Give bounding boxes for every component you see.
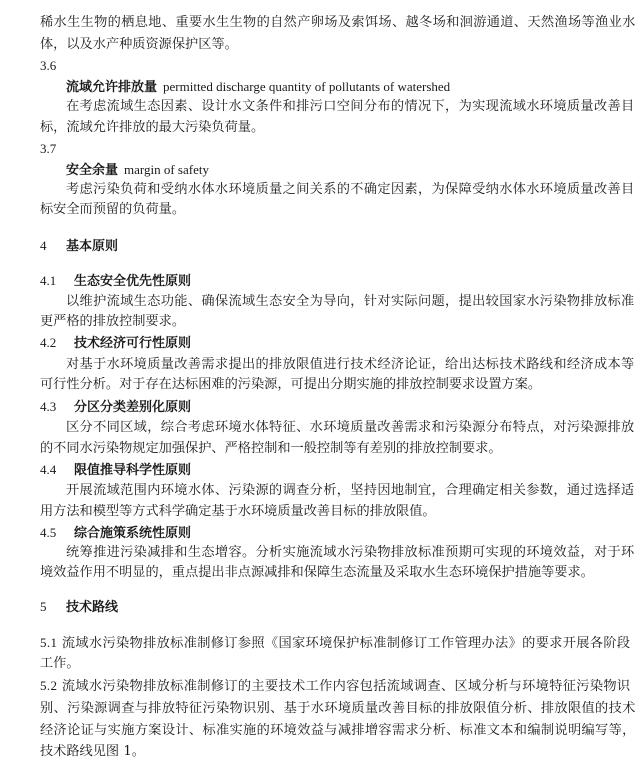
section-heading: 4基本原则: [40, 236, 118, 256]
paragraph-line: 开展流域范围内环境水体、污染源的调查分析，坚持因地制宜，合理确定相关参数，通过选…: [66, 481, 635, 501]
subsection-heading: 4.5综合施策系统性原则: [40, 523, 191, 543]
section-title: 技术路线: [66, 600, 118, 615]
item-line: 5.1 流域水污染物排放标准制修订参照《国家环境保护标准制修订工作管理办法》的要…: [40, 633, 630, 653]
paragraph-line: 稀水生生物的栖息地、重要水生生物的自然产卵场及索饵场、越冬场和洄游通道、天然渔场…: [40, 13, 636, 33]
section-number: 4: [40, 236, 66, 256]
subsection-title: 分区分类差别化原则: [74, 400, 191, 415]
subsection-heading: 4.1生态安全优先性原则: [40, 271, 191, 291]
paragraph-line: 可行性分析。对于存在达标困难的污染源，可提出分期实施的排放控制要求设置方案。: [40, 375, 541, 395]
term-cn: 流域允许排放量: [66, 80, 157, 95]
item-line: 别、污染源调查与排放特征污染物识别、基于水环境质量改善目标的排放限值分析、排放限…: [40, 699, 636, 719]
section-heading: 5技术路线: [40, 597, 118, 617]
item-line: 工作。: [40, 654, 80, 674]
section-title: 基本原则: [66, 239, 118, 254]
paragraph-line: 体，以及水产种质资源保护区等。: [40, 35, 238, 55]
term-en: permitted discharge quantity of pollutan…: [163, 79, 450, 94]
paragraph-line: 对基于水环境质量改善需求提出的排放限值进行技术经济论证，给出达标技术路线和经济成…: [66, 355, 635, 375]
item-line: 经济论证与实施方案设计、标准实施的环境效益与减排增容需求分析、标准文本和编制说明…: [40, 721, 636, 741]
subsection-heading: 4.2技术经济可行性原则: [40, 333, 191, 353]
subsection-heading: 4.3分区分类差别化原则: [40, 397, 191, 417]
paragraph-line: 的不同水污染物规定加强保护、严格控制和一般控制等有差别的排放控制要求。: [40, 439, 502, 459]
subsection-number: 4.5: [40, 523, 74, 543]
definition-line: 标安全而预留的负荷量。: [40, 200, 185, 220]
paragraph-line: 区分不同区域，综合考虑环境水体特征、水环境质量改善需求和污染源分布特点，对污染源…: [66, 418, 635, 438]
item-number: 5.1: [40, 635, 57, 650]
paragraph-line: 境效益作用不明显的，重点提出非点源减排和保障生态流量及采取水生态环境保护措施等要…: [40, 563, 594, 583]
subsection-number: 4.4: [40, 460, 74, 480]
item-text: 流域水污染物排放标准制修订参照《国家环境保护标准制修订工作管理办法》的要求开展各…: [62, 636, 631, 651]
term-en: margin of safety: [124, 162, 209, 177]
section-number: 5: [40, 597, 66, 617]
paragraph-line: 更严格的排放控制要求。: [40, 312, 185, 332]
item-number: 5.2: [40, 678, 57, 693]
subsection-number: 4.3: [40, 397, 74, 417]
paragraph-line: 用方法和模型等方式科学确定基于水环境质量改善目标的排放限值。: [40, 502, 436, 522]
subsection-heading: 4.4限值推导科学性原则: [40, 460, 191, 480]
paragraph-line: 统筹推进污染减排和生态增容。分析实施流域水污染物排放标准预期可实现的环境效益，对…: [66, 543, 635, 563]
term-heading: 安全余量margin of safety: [66, 160, 209, 180]
term-number: 3.6: [40, 56, 56, 76]
paragraph-line: 以维护流域生态功能、确保流域生态安全为导向，针对实际问题，提出较国家水污染物排放…: [66, 292, 635, 312]
subsection-title: 限值推导科学性原则: [74, 463, 191, 478]
item-line: 技术路线见图 1。: [40, 742, 145, 762]
subsection-title: 技术经济可行性原则: [74, 336, 191, 351]
term-cn: 安全余量: [66, 163, 118, 178]
definition-line: 标，流域允许排放的最大污染负荷量。: [40, 118, 264, 138]
item-line: 5.2 流域水污染物排放标准制修订的主要技术工作内容包括流域调查、区域分析与环境…: [40, 676, 630, 696]
term-number: 3.7: [40, 139, 56, 159]
subsection-title: 综合施策系统性原则: [74, 526, 191, 541]
subsection-number: 4.2: [40, 333, 74, 353]
subsection-title: 生态安全优先性原则: [74, 274, 191, 289]
subsection-number: 4.1: [40, 271, 74, 291]
definition-line: 考虑污染负荷和受纳水体水环境质量之间关系的不确定因素，为保障受纳水体水环境质量改…: [66, 180, 635, 200]
definition-line: 在考虑流域生态因素、设计水文条件和排污口空间分布的情况下，为实现流域水环境质量改…: [66, 97, 635, 117]
item-text: 流域水污染物排放标准制修订的主要技术工作内容包括流域调查、区域分析与环境特征污染…: [62, 679, 631, 694]
term-heading: 流域允许排放量permitted discharge quantity of p…: [66, 77, 450, 97]
